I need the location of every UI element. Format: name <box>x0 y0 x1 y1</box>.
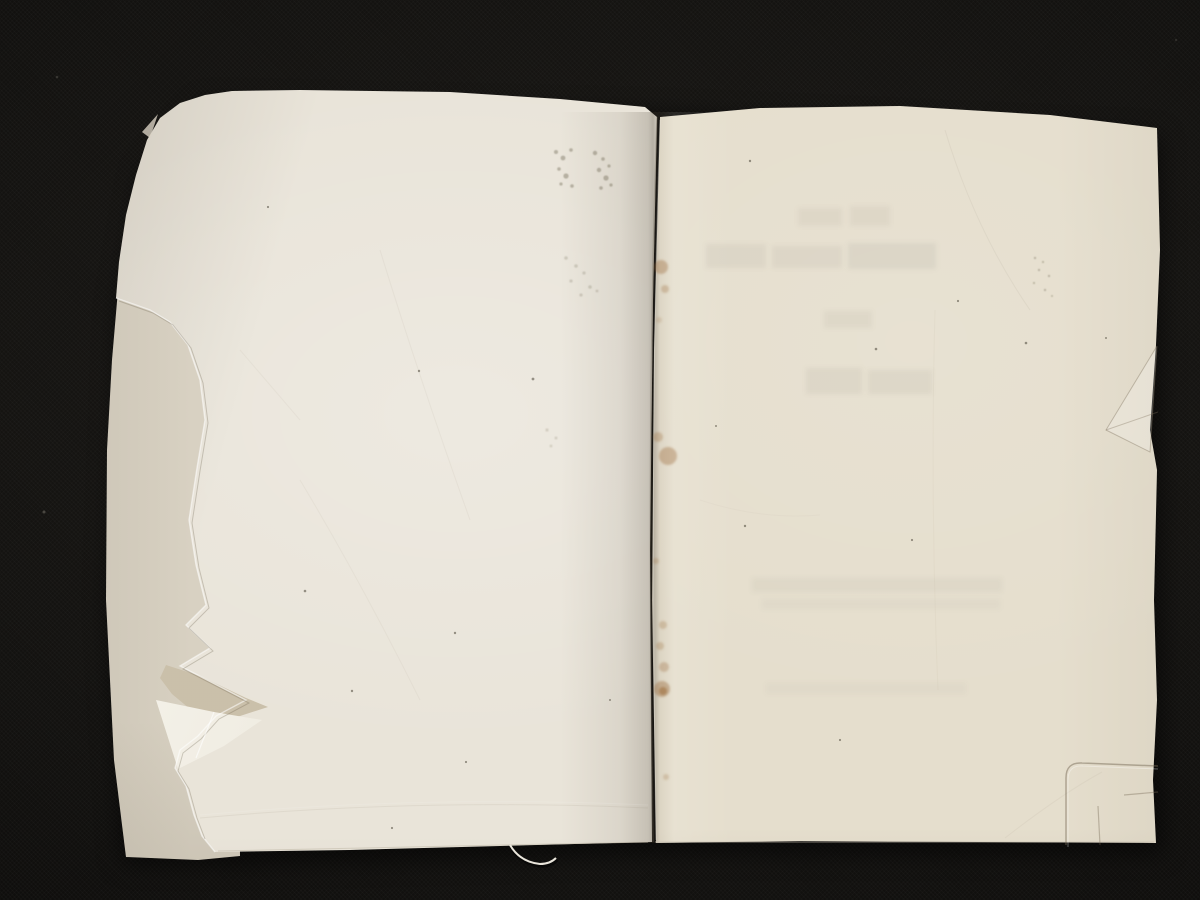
rectangular-impression <box>1066 763 1158 847</box>
photo-detail-overlay <box>0 0 1200 900</box>
ghost-bleed-through-text <box>706 206 1002 694</box>
binding-thread <box>510 845 557 866</box>
right-edge-crease-triangle <box>1106 346 1158 452</box>
fabric-lint-specks <box>43 39 1178 514</box>
photograph-of-open-book <box>0 0 1200 900</box>
corner-wear-notch <box>142 114 158 138</box>
foxing-stains <box>653 260 677 780</box>
paper-specks <box>267 160 1107 829</box>
page-edge-lines <box>218 842 1154 851</box>
ink-smudges <box>545 148 1053 447</box>
gutter-fold-line <box>650 117 660 842</box>
torn-edge-fibers <box>116 114 249 852</box>
